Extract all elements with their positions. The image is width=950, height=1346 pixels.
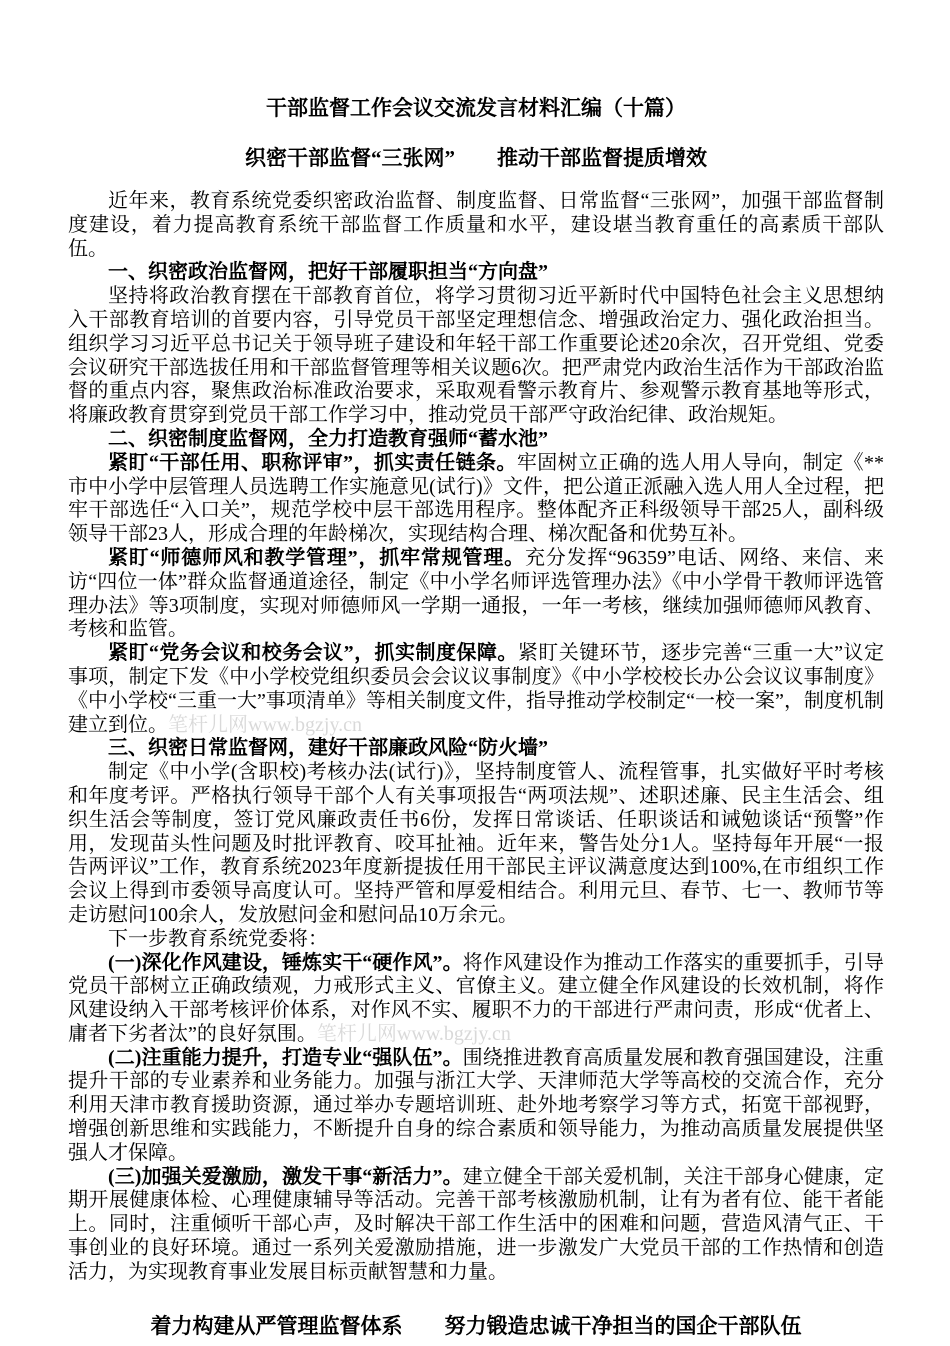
next-article-heading: 着力构建从严管理监督体系 努力锻造忠诚干净担当的国企干部队伍 [68,1315,884,1339]
section-2-paragraph-2: 紧盯“师德师风和教学管理”，抓牢常规管理。充分发挥“96359”电话、网络、来信… [68,547,884,642]
doc-title: 干部监督工作会议交流发言材料汇编（十篇） [68,95,884,121]
text-run: (三)加强关爱激励，激发干事“新活力”。 [108,1166,463,1188]
section-1-heading: 一、织密政治监督网，把好干部履职担当“方向盘” [68,261,884,285]
text-run: 三、织密日常监督网，建好干部廉政风险“防火墙” [108,737,548,759]
text-run: 下一步教育系统党委将： [108,928,328,950]
doc-body: 近年来，教育系统党委织密政治监督、制度监督、日常监督“三张网”，加强干部监督制度… [68,190,884,1338]
intro-paragraph: 近年来，教育系统党委织密政治监督、制度监督、日常监督“三张网”，加强干部监督制度… [68,190,884,261]
text-run: 二、织密制度监督网，全力打造教育强师“蓄水池” [108,428,548,450]
text-run: 坚持将政治教育摆在干部教育首位，将学习贯彻习近平新时代中国特色社会主义思想纳入干… [68,285,884,426]
section-3-paragraph: 制定《中小学(含职校)考核办法(试行)》，坚持制度管人、流程管事，扎实做好平时考… [68,761,884,928]
section-1-paragraph: 坚持将政治教育摆在干部教育首位，将学习贯彻习近平新时代中国特色社会主义思想纳入干… [68,285,884,428]
text-run: 近年来，教育系统党委织密政治监督、制度监督、日常监督“三张网”，加强干部监督制度… [68,190,884,260]
next-steps-lead: 下一步教育系统党委将： [68,928,884,952]
next-step-1-paragraph: (一)深化作风建设，锤炼实干“硬作风”。将作风建设作为推动工作落实的重要抓手，引… [68,952,884,1047]
section-3-heading: 三、织密日常监督网，建好干部廉政风险“防火墙” [68,737,884,761]
section-2-paragraph-1: 紧盯“干部任用、职称评审”，抓实责任链条。牢固树立正确的选人用人导向，制定《**… [68,452,884,547]
text-run: 着力构建从严管理监督体系 努力锻造忠诚干净担当的国企干部队伍 [151,1314,802,1338]
next-step-3-paragraph: (三)加强关爱激励，激发干事“新活力”。建立健全干部关爱机制，关注干部身心健康，… [68,1166,884,1285]
text-run: (二)注重能力提升，打造专业“强队伍”。 [108,1047,463,1069]
next-step-2-paragraph: (二)注重能力提升，打造专业“强队伍”。围绕推进教育高质量发展和教育强国建设，注… [68,1047,884,1166]
section-2-heading: 二、织密制度监督网，全力打造教育强师“蓄水池” [68,428,884,452]
text-run: 紧盯“师德师风和教学管理”，抓牢常规管理。 [108,547,525,569]
text-run: (一)深化作风建设，锤炼实干“硬作风”。 [108,952,463,974]
site-watermark: 笔杆儿网www.bgzjy.cn [317,1023,511,1045]
site-watermark: 笔杆儿网www.bgzjy.cn [168,714,362,736]
text-run: 制定《中小学(含职校)考核办法(试行)》，坚持制度管人、流程管事，扎实做好平时考… [68,761,884,926]
doc-subtitle: 织密干部监督“三张网” 推动干部监督提质增效 [68,145,884,171]
section-2-paragraph-3: 紧盯“党务会议和校务会议”，抓实制度保障。紧盯关键环节，逐步完善“三重一大”议定… [68,642,884,737]
text-run: 紧盯“党务会议和校务会议”，抓实制度保障。 [108,642,518,664]
document-page: 干部监督工作会议交流发言材料汇编（十篇） 织密干部监督“三张网” 推动干部监督提… [0,0,950,1346]
text-run: 紧盯“干部任用、职称评审”，抓实责任链条。 [108,452,517,474]
text-run: 一、织密政治监督网，把好干部履职担当“方向盘” [108,261,548,283]
